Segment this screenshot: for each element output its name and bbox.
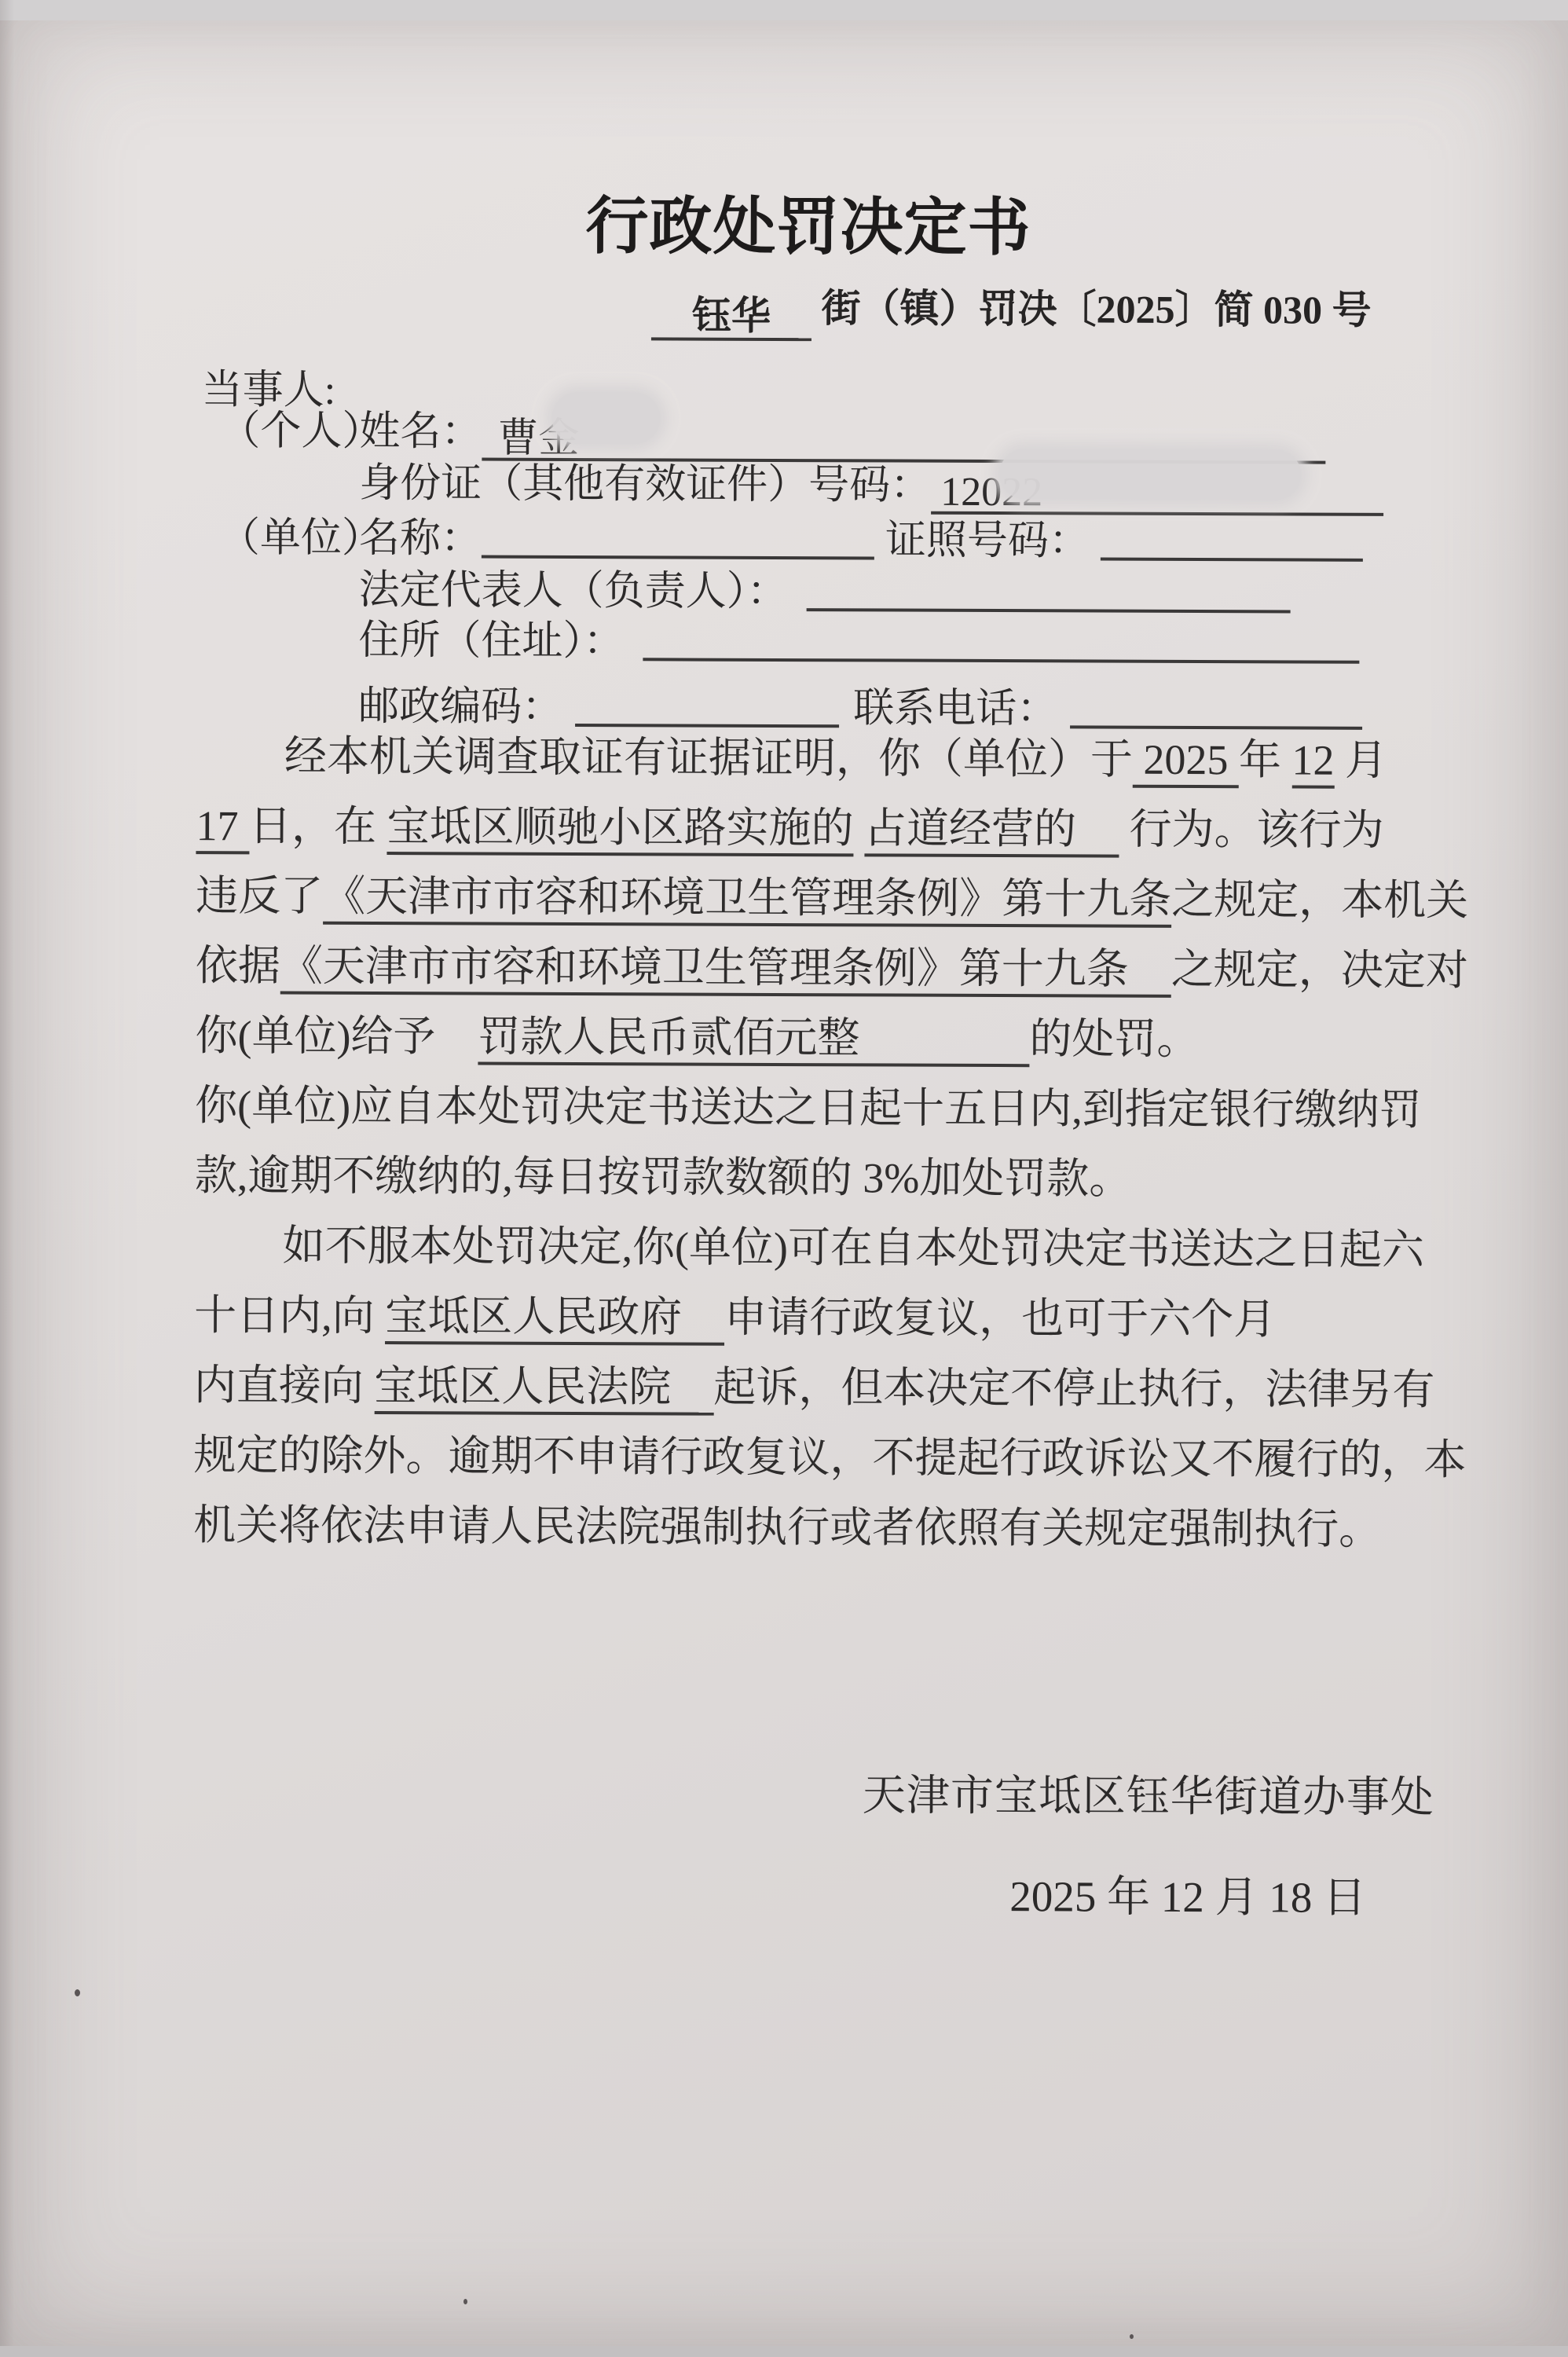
- filled-blank: 《天津市市容和环境卫生管理条例》第十九条: [323, 873, 1171, 928]
- filled-blank: 占道经营的: [864, 805, 1119, 857]
- license-label: 证照号码：: [885, 518, 1090, 563]
- decision-body: 经本机关调查取证有证据证明，你（单位）于 2025 年 12 月 17 日，在 …: [193, 725, 1422, 1569]
- body-text: 规定的除外。逾期不申请行政复议，不提起行政诉讼又不履行的，本: [193, 1431, 1466, 1483]
- body-text: 年: [1239, 736, 1292, 783]
- body-line: 违反了《天津市市容和环境卫生管理条例》第十九条之规定，本机关: [196, 865, 1421, 940]
- name-label: 姓名：: [359, 409, 482, 455]
- penalty-decision-photo: { "document": { "title": "行政处罚决定书", "doc…: [0, 0, 1568, 2357]
- redaction-blur-id: [999, 449, 1301, 500]
- document-number-text: 街（镇）罚决〔2025〕简 030 号: [821, 286, 1371, 332]
- body-line: 如不服本处罚决定,你(单位)可在自本处罚决定书送达之日起六: [194, 1215, 1420, 1289]
- body-text: 行为。该行为: [1119, 806, 1384, 854]
- body-line: 经本机关调查取证有证据证明，你（单位）于 2025 年 12 月: [196, 725, 1422, 800]
- address-label: 住所（住址）：: [358, 618, 624, 664]
- body-line: 机关将依法申请人民法院强制执行或者依照有关规定强制执行。: [193, 1494, 1419, 1569]
- body-text: 之规定，决定对: [1171, 946, 1468, 994]
- body-text: 的处罚。: [1029, 1015, 1199, 1063]
- body-text: 内直接向: [194, 1362, 375, 1409]
- filled-blank: 罚款人民币贰佰元整: [478, 1014, 1029, 1068]
- document-sheet: 行政处罚决定书 钰华 街（镇）罚决〔2025〕简 030 号 当事人: （个人）…: [0, 0, 1568, 2357]
- paper-speck: [463, 2299, 467, 2304]
- unit-prefix: （单位）: [219, 504, 359, 563]
- filled-blank: 宝坻区顺驰小区路实施的: [387, 803, 853, 856]
- phone-blank: [1070, 681, 1362, 729]
- body-text: 机关将依法申请人民法院强制执行或者依照有关规定强制执行。: [193, 1501, 1381, 1553]
- body-text: 月: [1334, 737, 1387, 784]
- body-text: 经本机关调查取证有证据证明，你（单位）于: [284, 733, 1133, 783]
- postcode-blank: [575, 680, 839, 728]
- body-line: 你(单位)应自本处罚决定书送达之日起十五日内,到指定银行缴纳罚: [195, 1075, 1420, 1149]
- filled-blank: 2025: [1133, 736, 1239, 789]
- body-line: 款,逾期不缴纳的,每日按罚款数额的 3%加处罚款。: [195, 1145, 1420, 1219]
- unit-name-blank: [482, 511, 874, 560]
- body-text: 你(单位)应自本处罚决定书送达之日起十五日内,到指定银行缴纳罚: [195, 1082, 1422, 1134]
- phone-label: 联系电话：: [853, 686, 1057, 731]
- body-line: 规定的除外。逾期不申请行政复议，不提起行政诉讼又不履行的，本: [193, 1424, 1419, 1499]
- license-blank: [1101, 514, 1363, 562]
- body-line: 内直接向 宝坻区人民法院 起诉，但本决定不停止执行，法律另有: [194, 1354, 1420, 1429]
- body-text: 款,逾期不缴纳的,每日按罚款数额的 3%加处罚款。: [195, 1152, 1132, 1203]
- body-text: [853, 805, 864, 852]
- filled-blank: 12: [1291, 736, 1334, 788]
- body-text: 之规定，本机关: [1171, 876, 1468, 924]
- body-text: 如不服本处罚决定,你(单位)可在自本处罚决定书送达之日起六: [282, 1222, 1424, 1274]
- address-blank: [643, 614, 1359, 664]
- body-text: 起诉，但本决定不停止执行，法律另有: [713, 1364, 1434, 1414]
- paper-speck: [75, 1989, 80, 1996]
- party-address-row: 住所（住址）：: [358, 607, 1359, 669]
- body-line: 你(单位)给予 罚款人民币贰佰元整 的处罚。: [195, 1005, 1420, 1080]
- body-text: 十日内,向: [194, 1292, 385, 1340]
- issuing-authority: 天津市宝坻区钰华街道办事处: [863, 1760, 1434, 1824]
- document-number-agency-blank: 钰华: [651, 293, 811, 341]
- filled-blank: 宝坻区人民政府: [385, 1292, 724, 1346]
- id-label: 身份证（其他有效证件）号码：: [359, 461, 931, 508]
- filled-blank: 《天津市市容和环境卫生管理条例》第十九条: [280, 943, 1171, 998]
- unit-name-label: 名称：: [359, 516, 482, 562]
- individual-prefix: （个人）: [219, 397, 359, 456]
- body-text: 你(单位)给予: [195, 1012, 478, 1060]
- body-text: 违反了: [196, 872, 323, 920]
- legal-rep-blank: [807, 564, 1291, 613]
- document-number: 钰华 街（镇）罚决〔2025〕简 030 号: [651, 276, 1372, 343]
- body-text: 日，在: [249, 802, 387, 850]
- body-line: 依据《天津市市容和环境卫生管理条例》第十九条 之规定，决定对: [196, 935, 1421, 1010]
- body-text: 依据: [196, 942, 280, 989]
- redaction-blur-name: [551, 392, 660, 445]
- filled-blank: 17: [196, 802, 249, 854]
- filled-blank: 宝坻区人民法院: [374, 1362, 713, 1416]
- postcode-label: 邮政编码：: [358, 684, 562, 730]
- body-text: 申请行政复议，也可于六个月: [724, 1294, 1276, 1343]
- body-line: 十日内,向 宝坻区人民政府 申请行政复议，也可于六个月: [194, 1285, 1420, 1359]
- issue-date: 2025 年 12 月 18 日: [1009, 1861, 1366, 1925]
- document-title: 行政处罚决定书: [585, 175, 1031, 267]
- paper-speck: [1130, 2334, 1134, 2339]
- body-line: 17 日，在 宝坻区顺驰小区路实施的 占道经营的 行为。该行为: [196, 795, 1421, 870]
